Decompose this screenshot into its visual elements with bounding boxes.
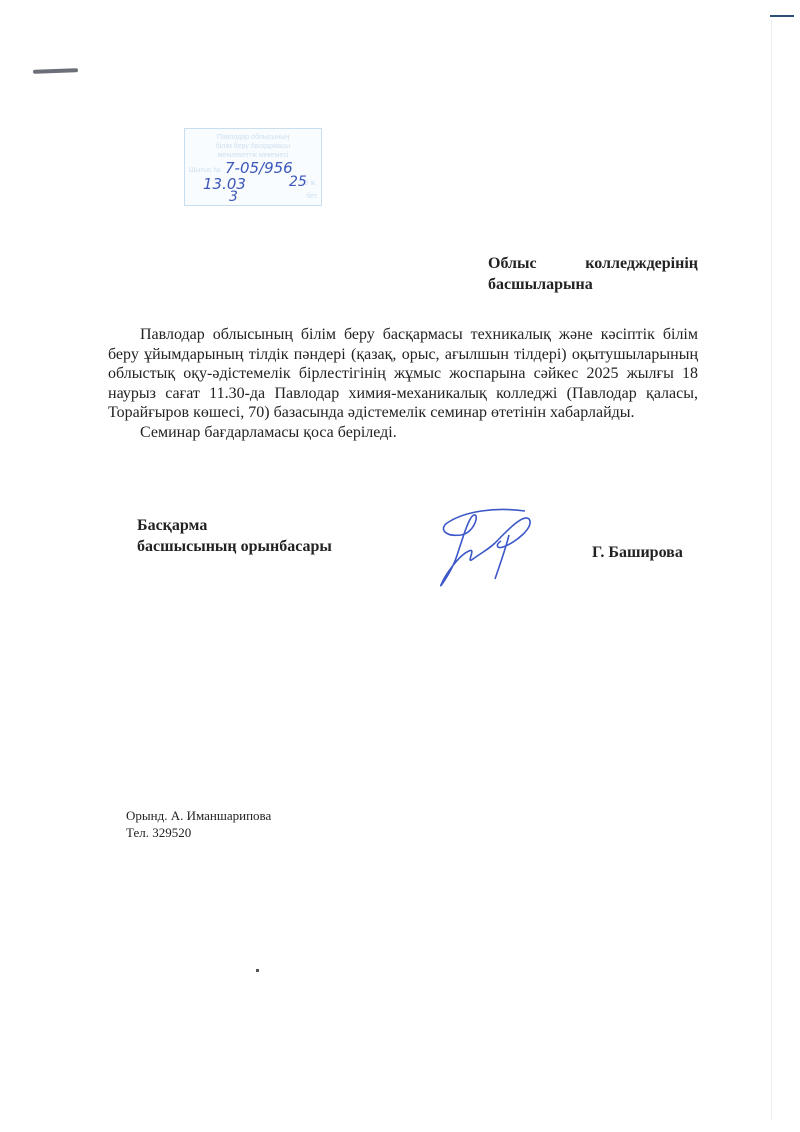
body-paragraph: Павлодар облысының білім беру басқармасы… <box>108 325 698 423</box>
handwritten-signature-icon <box>425 505 545 595</box>
addressee-word: колледждерінің <box>585 253 698 274</box>
executor-phone: Тел. 329520 <box>126 824 271 841</box>
scan-mark <box>33 68 78 74</box>
signer-name: Г. Баширова <box>592 544 683 562</box>
stamp-pages: 3 <box>229 189 238 205</box>
scan-speck <box>256 969 259 972</box>
letter-body: Павлодар облысының білім беру басқармасы… <box>108 325 698 442</box>
executor-name: Орынд. А. Иманшарипова <box>126 807 271 824</box>
scan-mark <box>770 15 794 17</box>
stamp-printed-line: Шығыс № <box>189 166 221 175</box>
stamp-printed-line: білім беру басқармасы <box>185 142 321 151</box>
addressee-word: Облыс <box>488 253 537 274</box>
position-line: Басқарма <box>137 515 332 536</box>
stamp-printed-line: бет <box>306 192 317 201</box>
addressee-block: Облыс колледждерінің басшыларына <box>488 253 698 295</box>
body-paragraph: Семинар бағдарламасы қоса беріледі. <box>108 423 698 443</box>
stamp-date: 13.03 <box>203 175 246 193</box>
executor-block: Орынд. А. Иманшарипова Тел. 329520 <box>126 807 271 841</box>
addressee-line: басшыларына <box>488 274 698 295</box>
signatory-position: Басқарма басшысының орынбасары <box>137 515 332 557</box>
scan-edge-line <box>771 20 772 1120</box>
stamp-printed-line: Павлодар облысының <box>185 133 321 142</box>
position-line: басшысының орынбасары <box>137 536 332 557</box>
stamp-year: 25 <box>289 174 307 190</box>
registration-stamp: Павлодар облысының білім беру басқармасы… <box>184 128 322 206</box>
